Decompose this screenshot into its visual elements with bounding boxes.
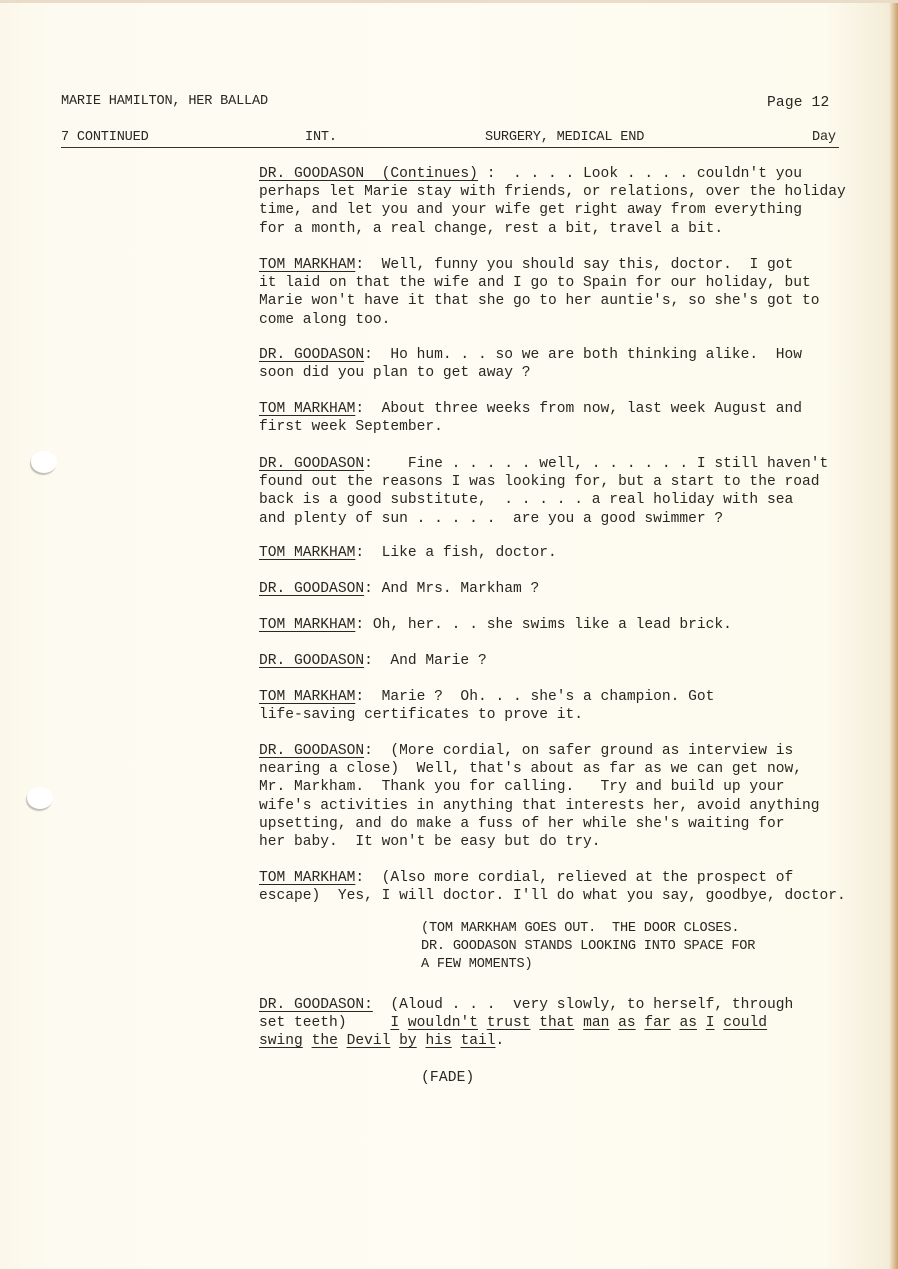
dialogue-text: nearing a close) Well, that's about as f… [259, 761, 802, 777]
dialogue-block: DR. GOODASON: And Marie ? [259, 652, 879, 670]
emphasized-word: I [390, 1015, 399, 1031]
dialogue-line: first week September. [259, 418, 879, 436]
emphasized-word: wouldn't [408, 1015, 478, 1031]
dialogue-line: DR. GOODASON (Continues) : . . . . Look … [259, 165, 879, 183]
speaker-name: DR. GOODASON [259, 653, 364, 669]
emphasized-word: as [679, 1015, 697, 1031]
stage-direction: (TOM MARKHAM GOES OUT. THE DOOR CLOSES.D… [421, 920, 755, 975]
dialogue-block: TOM MARKHAM: Marie ? Oh. . . she's a cha… [259, 688, 879, 724]
dialogue-text: back is a good substitute, . . . . . a r… [259, 492, 793, 508]
dialogue-line: come along too. [259, 311, 879, 329]
dialogue-block: DR. GOODASON (Continues) : . . . . Look … [259, 165, 879, 238]
speaker-name: TOM MARKHAM [259, 257, 355, 273]
emphasized-word: tail [461, 1033, 496, 1049]
dialogue-line: escape) Yes, I will doctor. I'll do what… [259, 887, 879, 905]
emphasized-word: that [539, 1015, 574, 1031]
speaker-name: DR. GOODASON [259, 456, 364, 472]
dialogue-text: : Ho hum. . . so we are both thinking al… [364, 347, 802, 363]
page-number: Page 12 [767, 94, 829, 112]
stage-direction-line: DR. GOODASON STANDS LOOKING INTO SPACE F… [421, 938, 755, 956]
dialogue-line: and plenty of sun . . . . . are you a go… [259, 510, 879, 528]
dialogue-line: life-saving certificates to prove it. [259, 706, 879, 724]
dialogue-text: : About three weeks from now, last week … [355, 401, 802, 417]
dialogue-line: time, and let you and your wife get righ… [259, 201, 879, 219]
dialogue-text: : Fine . . . . . well, . . . . . . I sti… [364, 456, 828, 472]
dialogue-text: for a month, a real change, rest a bit, … [259, 221, 723, 237]
emphasized-word: the [312, 1033, 338, 1049]
dialogue-line: DR. GOODASON: Fine . . . . . well, . . .… [259, 455, 879, 473]
dialogue-line: TOM MARKHAM: About three weeks from now,… [259, 400, 879, 418]
dialogue-line: perhaps let Marie stay with friends, or … [259, 183, 879, 201]
scene-number: 7 CONTINUED [61, 130, 149, 145]
dialogue-text: it laid on that the wife and I go to Spa… [259, 275, 811, 291]
dialogue-line: DR. GOODASON: (Aloud . . . very slowly, … [259, 996, 879, 1014]
dialogue-line: for a month, a real change, rest a bit, … [259, 220, 879, 238]
dialogue-text: : Well, funny you should say this, docto… [355, 257, 793, 273]
emphasized-word: could [723, 1015, 767, 1031]
dialogue-block: TOM MARKHAM: Oh, her. . . she swims like… [259, 616, 879, 634]
scene-time: Day [812, 130, 836, 145]
dialogue-text: (Aloud . . . very slowly, to herself, th… [373, 997, 793, 1013]
dialogue-block: DR. GOODASON: And Mrs. Markham ? [259, 580, 879, 598]
dialogue-text: and plenty of sun . . . . . are you a go… [259, 511, 723, 527]
emphasized-word: I [706, 1015, 715, 1031]
emphasized-word: as [618, 1015, 636, 1031]
dialogue-line: swing the Devil by his tail. [259, 1032, 879, 1050]
dialogue-text: her baby. It won't be easy but do try. [259, 834, 601, 850]
dialogue-text: time, and let you and your wife get righ… [259, 202, 802, 218]
speaker-name: DR. GOODASON [259, 743, 364, 759]
dialogue-text: : (Also more cordial, relieved at the pr… [355, 870, 793, 886]
dialogue-text: first week September. [259, 419, 443, 435]
dialogue-line: DR. GOODASON: Ho hum. . . so we are both… [259, 346, 879, 364]
speaker-name: DR. GOODASON: [259, 997, 373, 1013]
dialogue-text: : Like a fish, doctor. [355, 545, 556, 561]
emphasized-word: far [644, 1015, 670, 1031]
dialogue-line: TOM MARKHAM: Well, funny you should say … [259, 256, 879, 274]
dialogue-line: TOM MARKHAM: Oh, her. . . she swims like… [259, 616, 879, 634]
dialogue-block: TOM MARKHAM: (Also more cordial, relieve… [259, 869, 879, 905]
dialogue-line: DR. GOODASON: (More cordial, on safer gr… [259, 742, 879, 760]
dialogue-text: set teeth) [259, 1015, 390, 1031]
dialogue-line: DR. GOODASON: And Marie ? [259, 652, 879, 670]
speaker-name: DR. GOODASON [259, 347, 364, 363]
dialogue-text: wife's activities in anything that inter… [259, 798, 820, 814]
dialogue-text: : And Marie ? [364, 653, 487, 669]
dialogue-text: life-saving certificates to prove it. [259, 707, 583, 723]
dialogue-text: upsetting, and do make a fuss of her whi… [259, 816, 784, 832]
emphasized-word: trust [487, 1015, 531, 1031]
dialogue-text: Mr. Markham. Thank you for calling. Try … [259, 779, 784, 795]
emphasized-word: his [425, 1033, 451, 1049]
dialogue-text: : Marie ? Oh. . . she's a champion. Got [355, 689, 714, 705]
speaker-name: TOM MARKHAM [259, 870, 355, 886]
speaker-name: TOM MARKHAM [259, 689, 355, 705]
dialogue-line: set teeth) I wouldn't trust that man as … [259, 1014, 879, 1032]
stage-direction-line: (TOM MARKHAM GOES OUT. THE DOOR CLOSES. [421, 920, 755, 938]
dialogue-line: TOM MARKHAM: Marie ? Oh. . . she's a cha… [259, 688, 879, 706]
dialogue-text: . [496, 1033, 505, 1049]
dialogue-line: TOM MARKHAM: (Also more cordial, relieve… [259, 869, 879, 887]
dialogue-text: : . . . . Look . . . . couldn't you [478, 166, 802, 182]
dialogue-line: TOM MARKHAM: Like a fish, doctor. [259, 544, 879, 562]
dialogue-text: come along too. [259, 312, 390, 328]
punch-hole [31, 451, 57, 473]
dialogue-block: TOM MARKHAM: About three weeks from now,… [259, 400, 879, 436]
dialogue-line: wife's activities in anything that inter… [259, 797, 879, 815]
scene-location: SURGERY, MEDICAL END [485, 130, 644, 145]
dialogue-line: found out the reasons I was looking for,… [259, 473, 879, 491]
dialogue-text: Marie won't have it that she go to her a… [259, 293, 820, 309]
dialogue-block: DR. GOODASON: Ho hum. . . so we are both… [259, 346, 879, 382]
speaker-name: TOM MARKHAM [259, 401, 355, 417]
dialogue-line: upsetting, and do make a fuss of her whi… [259, 815, 879, 833]
emphasized-word: by [399, 1033, 417, 1049]
dialogue-line: soon did you plan to get away ? [259, 364, 879, 382]
dialogue-line: Marie won't have it that she go to her a… [259, 292, 879, 310]
dialogue-text: found out the reasons I was looking for,… [259, 474, 820, 490]
scene-int-ext: INT. [305, 130, 337, 145]
stage-direction-line: A FEW MOMENTS) [421, 956, 755, 974]
page-top-edge [0, 0, 898, 3]
dialogue-text: perhaps let Marie stay with friends, or … [259, 184, 846, 200]
emphasized-word: Devil [347, 1033, 391, 1049]
transition-fade: (FADE) [421, 1069, 474, 1087]
dialogue-line: DR. GOODASON: And Mrs. Markham ? [259, 580, 879, 598]
dialogue-block: TOM MARKHAM: Like a fish, doctor. [259, 544, 879, 562]
dialogue-line: her baby. It won't be easy but do try. [259, 833, 879, 851]
dialogue-line: back is a good substitute, . . . . . a r… [259, 491, 879, 509]
script-title: MARIE HAMILTON, HER BALLAD [61, 93, 268, 111]
dialogue-line: nearing a close) Well, that's about as f… [259, 760, 879, 778]
speaker-name: TOM MARKHAM [259, 617, 355, 633]
dialogue-line: it laid on that the wife and I go to Spa… [259, 274, 879, 292]
speaker-name: DR. GOODASON (Continues) [259, 166, 478, 182]
emphasized-word: swing [259, 1033, 303, 1049]
dialogue-block: TOM MARKHAM: Well, funny you should say … [259, 256, 879, 329]
dialogue-text: soon did you plan to get away ? [259, 365, 531, 381]
punch-hole [27, 787, 53, 809]
dialogue-block: DR. GOODASON: Fine . . . . . well, . . .… [259, 455, 879, 528]
scene-heading-rule [61, 147, 839, 148]
script-page: MARIE HAMILTON, HER BALLAD Page 12 7 CON… [0, 0, 898, 1269]
dialogue-text: : And Mrs. Markham ? [364, 581, 539, 597]
dialogue-text: : Oh, her. . . she swims like a lead bri… [355, 617, 732, 633]
speaker-name: TOM MARKHAM [259, 545, 355, 561]
dialogue-text: escape) Yes, I will doctor. I'll do what… [259, 888, 846, 904]
dialogue-text: : (More cordial, on safer ground as inte… [364, 743, 793, 759]
emphasized-word: man [583, 1015, 609, 1031]
dialogue-block-final: DR. GOODASON: (Aloud . . . very slowly, … [259, 996, 879, 1051]
speaker-name: DR. GOODASON [259, 581, 364, 597]
dialogue-line: Mr. Markham. Thank you for calling. Try … [259, 778, 879, 796]
dialogue-block: DR. GOODASON: (More cordial, on safer gr… [259, 742, 879, 851]
